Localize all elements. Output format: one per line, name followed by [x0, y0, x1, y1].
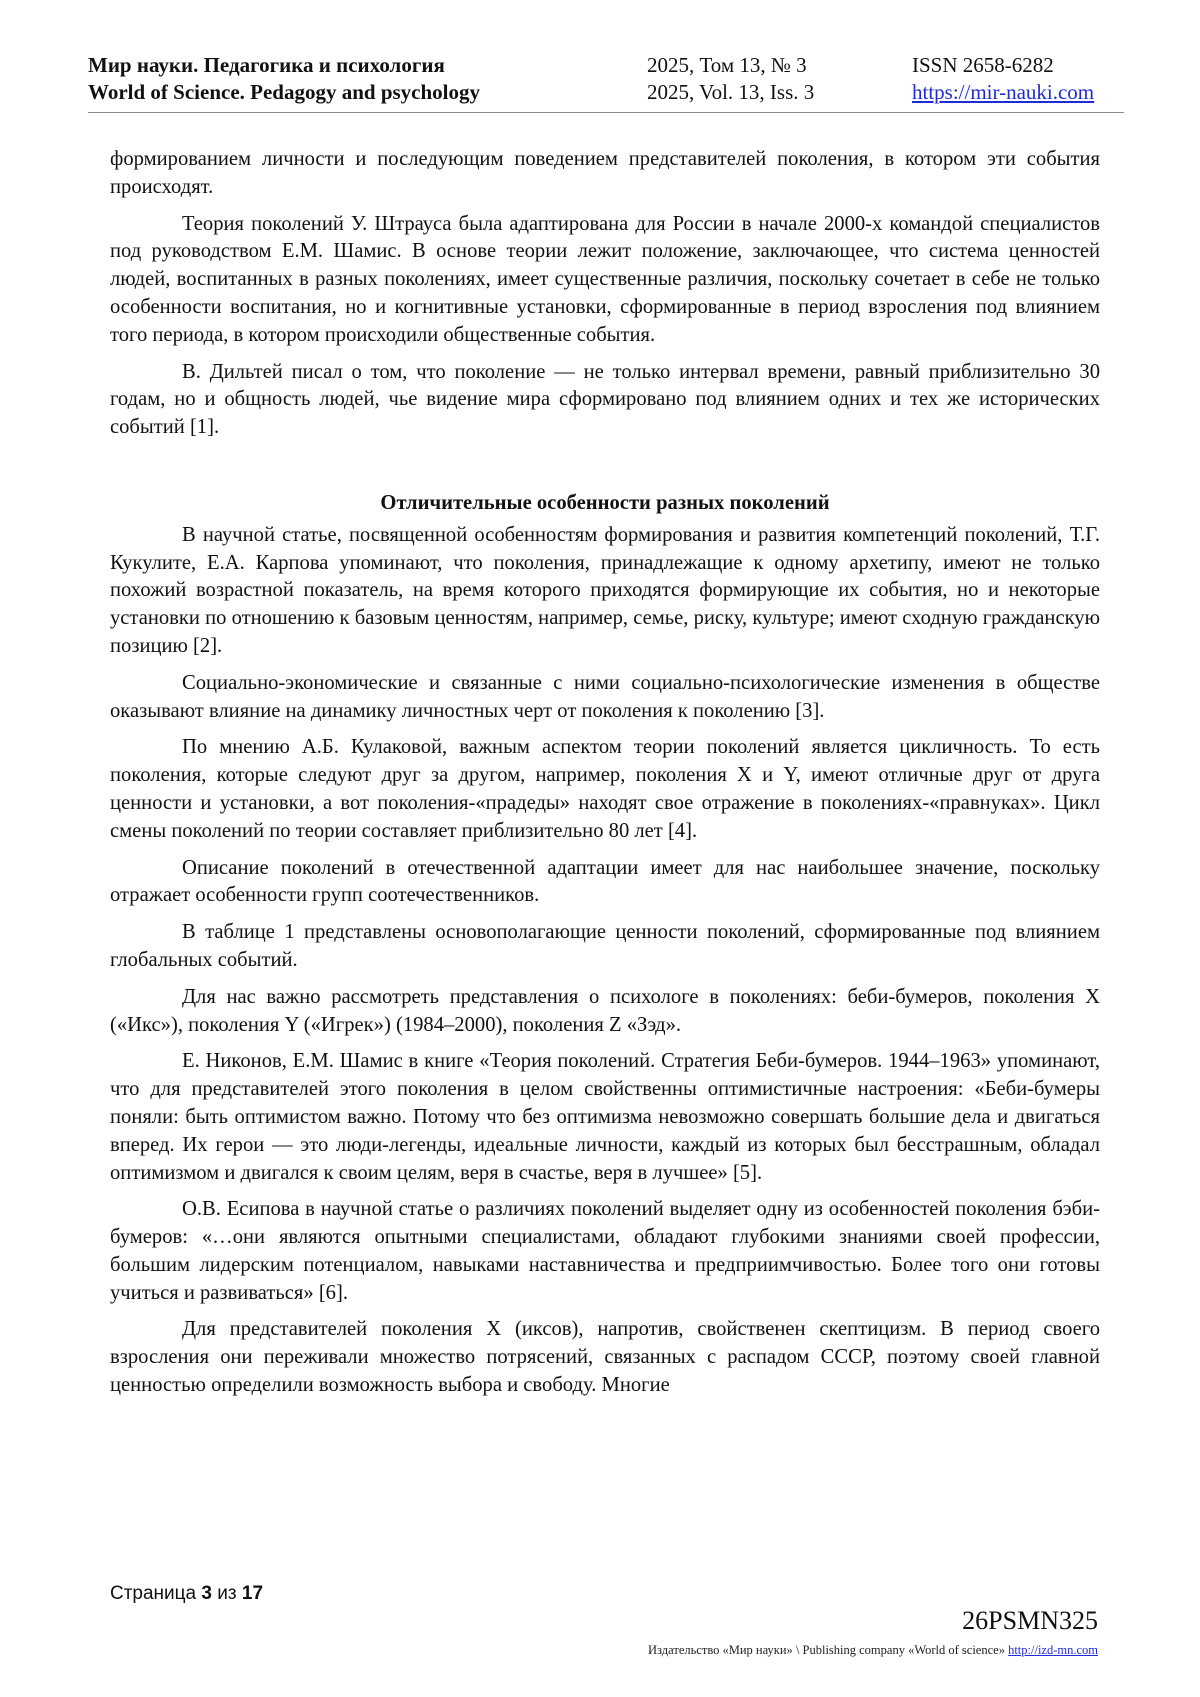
page-word: Страница	[110, 1583, 196, 1604]
paragraph-psychologist-views: Для нас важно рассмотреть представления …	[110, 984, 1100, 1040]
journal-header: Мир науки. Педагогика и психология World…	[88, 52, 1124, 113]
paragraph-kulakova: По мнению А.Б. Кулаковой, важным аспекто…	[110, 734, 1100, 845]
paragraph-esipova: О.В. Есипова в научной статье о различия…	[110, 1196, 1100, 1307]
journal-title-ru: Мир науки. Педагогика и психология	[88, 52, 480, 79]
issn-block: ISSN 2658-6282 https://mir-nauki.com	[912, 52, 1094, 106]
paragraph-generation-x: Для представителей поколения X (иксов), …	[110, 1316, 1100, 1399]
issue-info-block: 2025, Том 13, № 3 2025, Vol. 13, Iss. 3	[647, 52, 814, 106]
article-code: 26PSMN325	[962, 1606, 1098, 1636]
paragraph-socio-economic: Социально-экономические и связанные с ни…	[110, 670, 1100, 726]
page-of: из	[217, 1583, 236, 1604]
issue-info-ru: 2025, Том 13, № 3	[647, 52, 814, 79]
journal-title-en: World of Science. Pedagogy and psycholog…	[88, 79, 480, 106]
issue-info-en: 2025, Vol. 13, Iss. 3	[647, 79, 814, 106]
section-heading: Отличительные особенности разных поколен…	[110, 490, 1100, 518]
paragraph-continuation: формированием личности и последующим пов…	[110, 146, 1100, 202]
issn-number: ISSN 2658-6282	[912, 52, 1094, 79]
journal-website-link[interactable]: https://mir-nauki.com	[912, 80, 1094, 104]
journal-title-block: Мир науки. Педагогика и психология World…	[88, 52, 480, 106]
paragraph-dilthey: В. Дильтей писал о том, что поколение — …	[110, 359, 1100, 442]
paragraph-table-reference: В таблице 1 представлены основополагающи…	[110, 919, 1100, 975]
publisher-link[interactable]: http://izd-mn.com	[1008, 1643, 1098, 1657]
paragraph-nikonov-shamis: Е. Никонов, Е.М. Шамис в книге «Теория п…	[110, 1048, 1100, 1187]
publisher-footer: Издательство «Мир науки» \ Publishing co…	[648, 1643, 1098, 1658]
page-counter: Страница 3 из 17	[110, 1583, 263, 1605]
page-current: 3	[201, 1583, 212, 1604]
article-body: формированием личности и последующим пов…	[110, 146, 1100, 1409]
publisher-text: Издательство «Мир науки» \ Publishing co…	[648, 1643, 1005, 1657]
paragraph-strauss-theory: Теория поколений У. Штрауса была адаптир…	[110, 211, 1100, 350]
page-total: 17	[242, 1583, 263, 1604]
paragraph-kukulite-karpova: В научной статье, посвященной особенност…	[110, 522, 1100, 661]
paragraph-domestic-adaptation: Описание поколений в отечественной адапт…	[110, 855, 1100, 911]
